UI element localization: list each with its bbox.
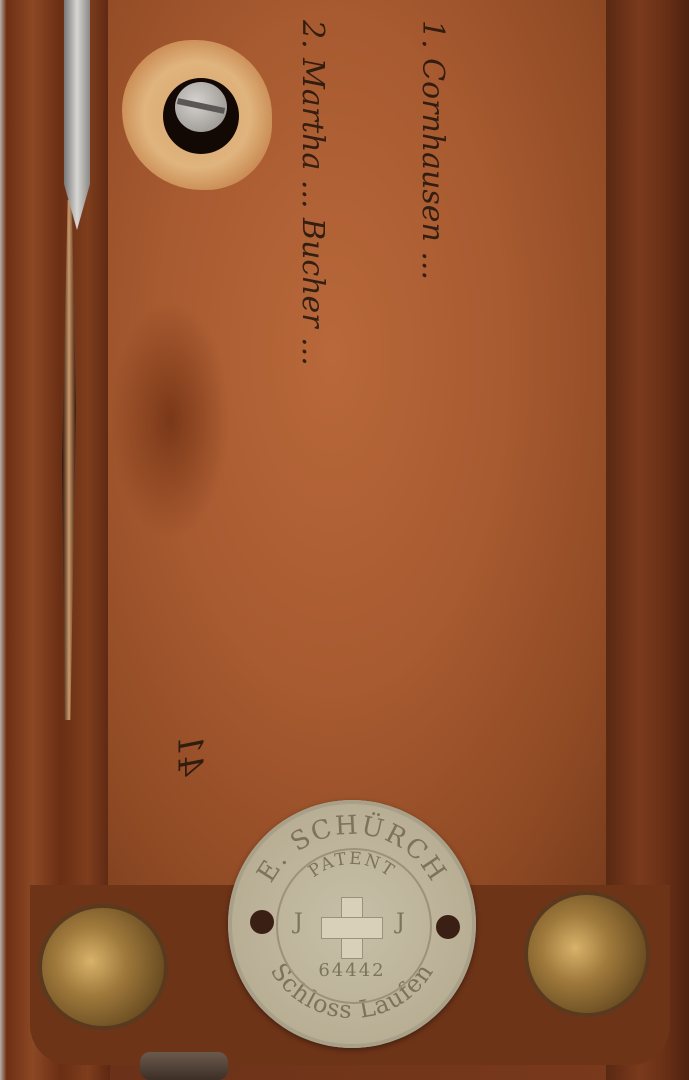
handwriting-line-2: 2. Martha ... Bucher ... — [295, 20, 330, 366]
brass-knob-right — [528, 895, 646, 1013]
medallion-letter-right: J — [396, 910, 405, 935]
brass-knob-left — [42, 908, 164, 1026]
patent-medallion: E. SCHÜRCH Schloss Laufen PATENT J J 644… — [228, 800, 476, 1048]
swiss-cross-icon — [322, 898, 382, 958]
label-stain — [110, 300, 230, 540]
bottom-hinge — [140, 1052, 228, 1080]
rivet-left — [250, 910, 274, 934]
handwriting-line-1: 1. Cornhausen ... — [415, 20, 450, 280]
medallion-letter-left: J — [294, 910, 303, 935]
patent-number: 64442 — [228, 960, 476, 981]
pencil-number: 41 — [170, 733, 210, 776]
metal-nail — [64, 0, 90, 230]
rivet-right — [436, 915, 460, 939]
